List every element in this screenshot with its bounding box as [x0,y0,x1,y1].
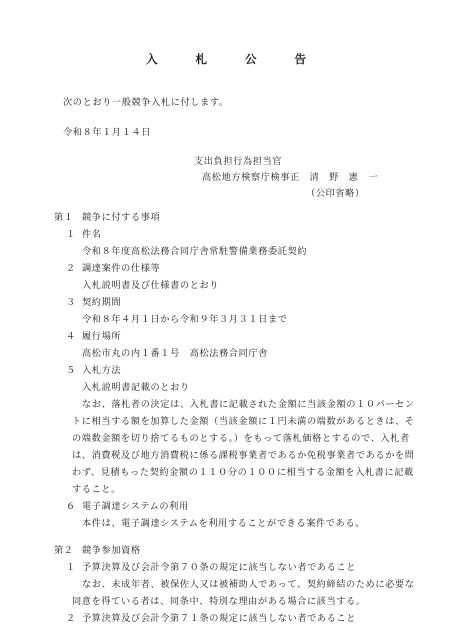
item-text: トに相当する額を加算した金額（当該金額に１円未満の端数があるときは、そ [72,416,415,428]
document-page: 入札公告 次のとおり一般競争入札に付します。 令和８年１月１４日 支出負担行為担… [0,0,452,640]
item-text: すること。 [72,484,121,496]
item-text: 入札説明書及び仕様書のとおり [82,280,219,292]
item-text: 本件は、電子調達システムを利用することができる案件である。 [82,518,365,530]
section-2-number: 第２ [54,545,74,557]
item-label: 件名 [82,229,102,241]
issuer-name: 高松地方検察庁検事正 清 野 憲 一 [202,172,378,184]
item-text: 同意を得ている者は、同条中、特別な理由がある場合に該当する。 [72,596,366,608]
item-number: ３ [66,297,76,309]
intro-text: 次のとおり一般競争入札に付します。 [63,97,229,109]
item-number: ６ [66,501,76,513]
title-char: 公 [245,53,257,65]
item-text: は、消費税及び地方消費税に係る課税事業者であるか免税事業者であるかを問 [72,450,415,462]
title-char: 告 [295,53,307,65]
item-label: 調達案件の仕様等 [82,263,160,275]
item-text: の端数金額を切り捨てるものとする。）をもって落札価格とするので、入札者 [72,433,410,445]
item-label: 履行場所 [82,331,121,343]
section-1-number: 第１ [54,212,74,224]
item-number: ２ [66,263,76,275]
item-number: ５ [66,365,76,377]
section-1-heading: 競争に付する事項 [82,212,160,224]
item-text: なお、未成年者、被保佐人又は被補助人であって、契約締結のために必要な [82,579,415,591]
item-text: わず、見積もった契約金額の１１０分の１００に相当する金額を入札書に記載 [72,467,414,479]
item-text: 高松市丸の内１番１号 高松法務合同庁舎 [82,348,268,360]
section-2-heading: 競争参加資格 [82,545,141,557]
notice-date: 令和８年１月１４日 [63,127,151,139]
item-text: 令和８年度高松法務合同庁舎常駐警備業務委託契約 [82,246,307,258]
issuer-role: 支出負担行為担当官 [194,156,282,168]
title-char: 札 [196,53,208,65]
item-label: 予算決算及び会計令第７１条の規定に該当しない者であること [82,613,356,625]
item-label: 入札方法 [82,365,121,377]
item-text: 令和８年４月１日から令和９年３月３１日まで [82,314,288,326]
item-number: ２ [66,613,76,625]
item-label: 予算決算及び会計令第７０条の規定に該当しない者であること [82,562,356,574]
item-text: なお、落札者の決定は、入札書に記載された金額に当該金額の１０パーセン [82,399,415,411]
document-title: 入札公告 [0,53,452,65]
item-text: 入札説明書記載のとおり [82,382,190,394]
item-number: １ [66,229,76,241]
item-number: １ [66,562,76,574]
item-label: 電子調達システムの利用 [82,501,189,513]
seal-note: （公印省略） [306,188,365,200]
title-char: 入 [146,53,158,65]
item-label: 契約期間 [82,297,121,309]
item-number: ４ [66,331,76,343]
